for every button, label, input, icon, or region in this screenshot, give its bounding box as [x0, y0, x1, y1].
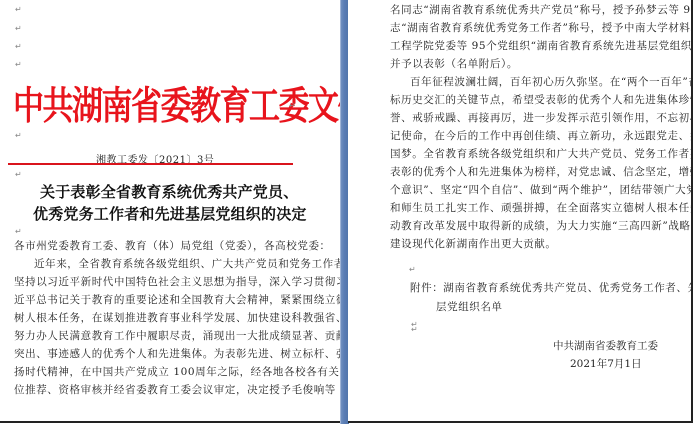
body-line: 誉、戒骄戒躁、再接再厉，进一步发挥示范引领作用，不忘初心、牢: [390, 112, 693, 124]
paragraph-mark: ↵: [15, 24, 22, 33]
body-line: 位推荐、资格审核并经省委教育工委会议审定，决定授予毛俊响等 94: [14, 384, 340, 396]
body-line: 标历史交汇的关键节点，希望受表彰的优秀个人和先进集体珍惜荣: [390, 94, 693, 106]
body-line: 突出、事迹感人的优秀个人和先进集体。为表彰先进、树立标杆、弘: [14, 348, 340, 360]
paragraph-mark: ↵: [411, 325, 418, 334]
body-line: 动教育改革发展中取得新的成绩，为大力实施“三高四新”战略、奋力: [390, 220, 693, 232]
body-line: 近平总书记关于教育的重要论述和全国教育大会精神，紧紧围绕立德: [14, 294, 340, 306]
headline-line-1: 关于表彰全省教育系统优秀共产党员、: [40, 181, 298, 202]
headline-line-2: 优秀党务工作者和先进基层党组织的决定: [33, 203, 307, 224]
paragraph-mark: ↵: [15, 42, 22, 51]
body-line: 坚持以习近平新时代中国特色社会主义思想为指导，深入学习贯彻习: [14, 276, 340, 288]
salutation: 各市州党委教育工委、教育（体）局党组（党委），各高校党委：: [14, 240, 331, 252]
paragraph-mark: ↵: [15, 60, 22, 69]
body-line: 记使命，在今后的工作中再创佳绩、再立新功，永远跟党走、共筑中: [390, 130, 693, 142]
body-line: 志“湖南省教育系统优秀党务工作者”称号，授予中南大学材料科学与: [390, 22, 693, 34]
body-line: 扬时代精神，在中国共产党成立 100周年之际，经各地各校各有关单: [14, 366, 340, 378]
paragraph-mark: ↵: [409, 265, 416, 274]
paragraph-mark: ↵: [289, 101, 296, 110]
signature-organization: 中共湖南省委教育工委: [553, 338, 658, 353]
paragraph-mark: ↵: [15, 170, 22, 179]
attachment-line-2: 层党组织名单: [436, 301, 503, 313]
red-rule-divider: [8, 163, 293, 165]
body-line: 努力办人民满意教育工作中履职尽责，涌现出一大批成绩显著、贡献: [14, 330, 340, 342]
paragraph-mark: ↵: [15, 5, 22, 14]
body-line: 名同志“湖南省教育系统优秀共产党员”称号，授予孙梦云等 94 名同: [390, 4, 693, 16]
body-line: 并予以表彰（名单附后）。: [390, 58, 518, 70]
body-line: 和师生员工扎实工作、顽强拼搏，在全面落实立德树人根本任务、推: [390, 202, 693, 214]
body-line: 建设现代化新湖南作出更大贡献。: [390, 238, 557, 250]
document-page-left[interactable]: ↵ ↵ ↵ ↵ 中共湖南省委教育工委文件 ↵ ↵ 湘教工委发〔2021〕3号 ↵…: [0, 0, 340, 423]
paragraph-mark: ↵: [15, 131, 22, 140]
body-line: 工程学院党委等 95个党组织“湖南省教育系统先进基层党组织”称号，: [390, 40, 693, 52]
paragraph-mark: ↵: [15, 227, 22, 236]
document-page-right[interactable]: 名同志“湖南省教育系统优秀共产党员”称号，授予孙梦云等 94 名同 志“湖南省教…: [348, 0, 693, 423]
body-line: 百年征程波澜壮阔，百年初心历久弥坚。在“两个一百年”奋斗目: [410, 76, 693, 88]
attachment-line-1: 附件：湖南省教育系统优秀共产党员、优秀党务工作者、先进基: [410, 282, 693, 294]
body-line: 表彰的优秀个人和先进集体为榜样，对党忠诚、信念坚定，增强“四: [390, 166, 693, 178]
body-line: 国梦。全省教育系统各级党组织和广大共产党员、党务工作者要以受: [390, 148, 693, 160]
signature-date: 2021年7月1日: [570, 356, 642, 371]
body-line: 个意识”、坚定“四个自信”、做到“两个维护”，团结带领广大党员干部: [390, 184, 693, 196]
body-line: 近年来，全省教育系统各级党组织、广大共产党员和党务工作者: [34, 258, 340, 270]
body-line: 树人根本任务，在谋划推进教育事业科学发展、加快建设科教强省、: [14, 312, 340, 324]
